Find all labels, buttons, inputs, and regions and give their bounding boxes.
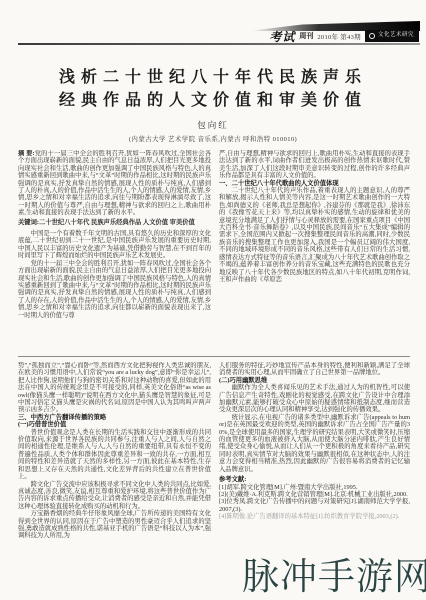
section-heading-1: 一、二十世纪八十年代歌曲的人文价值体现: [219, 180, 410, 187]
section-label: 文化艺术研究: [378, 33, 414, 39]
article1-right-column: 严,自由与理想,精神与欲求的回归上,歌曲用朴实,生动和直接的表现手法达到了新的水…: [219, 150, 410, 353]
body-paragraph: 党的十一届三中全会的胜利召开,犹如一阵春风吹过,全国社会各个方面出现崭新的面貌,…: [18, 260, 211, 319]
body-paragraph: 普世价值观念是人类在长期的生活实践和交往中逐渐形成的共同价值取向,来源于世界各民…: [18, 429, 211, 481]
journal-brand-suffix: 周刊: [299, 31, 313, 41]
journal-brand: 考试: [269, 28, 295, 45]
author-affiliation: (内蒙古大学 艺术学院 音乐系,内蒙古 呼和浩特 010010): [0, 134, 426, 143]
article1-left-column: 摘 要:党的十一届三中全会的胜利召开,犹如一阵春风吹过,全国社会各个方面出现崭新…: [18, 150, 211, 353]
author-name: 包向红: [0, 119, 426, 131]
body-paragraph: 二十世纪八十年代的声乐作品,着重表现人的主题意识,人的尊严和解放,揭示人性和人情…: [219, 187, 410, 283]
body-paragraph: 严,自由与理想,精神与欲求的回归上,歌曲用朴实,生动和直接的表现手法达到了新的水…: [219, 150, 410, 180]
journal-header: 考试 周刊 2010年 第43期 文化艺术研究: [269, 29, 419, 43]
abstract-text: 党的十一届三中全会的胜利召开,犹如一阵春风吹过,全国社会各个方面出现崭新的面貌,…: [18, 150, 211, 216]
article-divider: [18, 356, 410, 357]
reference-item: [3]位秀凤.跨文化广告传播中的问题与对策研究[J].湖南师范大学学报,2007…: [219, 498, 410, 513]
reference-item: [4]陈明俊.论广告语翻译的基本特征[J].纺织教育学院学报,2003,(2).: [219, 513, 410, 520]
site-watermark: 脉冲手游网: [242, 546, 426, 600]
references-label: 参考文献:: [219, 476, 410, 483]
abstract-paragraph: 摘 要:党的十一届三中全会的胜利召开,犹如一阵春风吹过,全国社会各个方面出现崭新…: [18, 150, 211, 217]
body-paragraph: 中国是一个有着数千年文明的古国,具有悠久的历史和深厚的文化底蕴,二十世纪初到二十…: [18, 230, 211, 260]
body-paragraph: 人们服务的特征,巧妙地宣传产品本身的特性,便利和新颖,满足了全球消费者的实用心理…: [219, 362, 410, 377]
subsection-heading-1: (一)巧借普世价值: [18, 421, 211, 428]
abstract-label: 摘 要:: [18, 150, 35, 157]
body-paragraph: 势”,“孤独而立”,“靠心而卧”等,然而西方文化把狗视作人类忠诚的朋友,在欧美的…: [18, 362, 211, 414]
header-rule: [18, 43, 420, 45]
ring-icon: [369, 33, 375, 39]
article2-left-column: 势”,“孤独而立”,“靠心而卧”等,然而西方文化把狗视作人类忠诚的朋友,在欧美的…: [18, 362, 211, 582]
body-paragraph: 万宝路香烟的经典牛仔形象风靡全球,广告所传递的美国特有文化得到全世界的认同,原因…: [18, 510, 211, 540]
body-paragraph: 跨文化广告交流中应该积极寻求不同文化中人类的共同点,比如爱,真诚态度,善良,微笑…: [18, 481, 211, 511]
body-paragraph: 统计显示,在电视广告的诸多类型中,幽默诉求广告(appeals to humor…: [219, 414, 410, 473]
journal-issue: 2010年 第43期: [317, 32, 361, 41]
keywords-line: 关键词:二十世纪八十年代 民族声乐经典作品 人文价值 审美价值: [18, 219, 211, 226]
article-title-line1: 浅析二十世纪八十年代民族声乐: [0, 64, 426, 87]
keywords-label: 关键词:: [18, 219, 39, 226]
article-title-line2: 经典作品的人文价值和审美价值: [0, 87, 426, 110]
section-badge: 文化艺术研究: [365, 30, 419, 42]
reference-item: [1]胡军.跨文化管理[M].广州:暨南大学出版社,1995.: [219, 484, 410, 491]
body-paragraph: 幽默作为全人类喜闻乐见的艺术手法,通过人为的机智性,可以使广告信息产生奇特性,戏…: [219, 384, 410, 414]
journal-page: 考试 周刊 2010年 第43期 文化艺术研究 浅析二十世纪八十年代民族声乐 经…: [0, 0, 426, 600]
keywords-text: 二十世纪八十年代 民族声乐经典作品 人文价值 审美价值: [39, 219, 195, 226]
